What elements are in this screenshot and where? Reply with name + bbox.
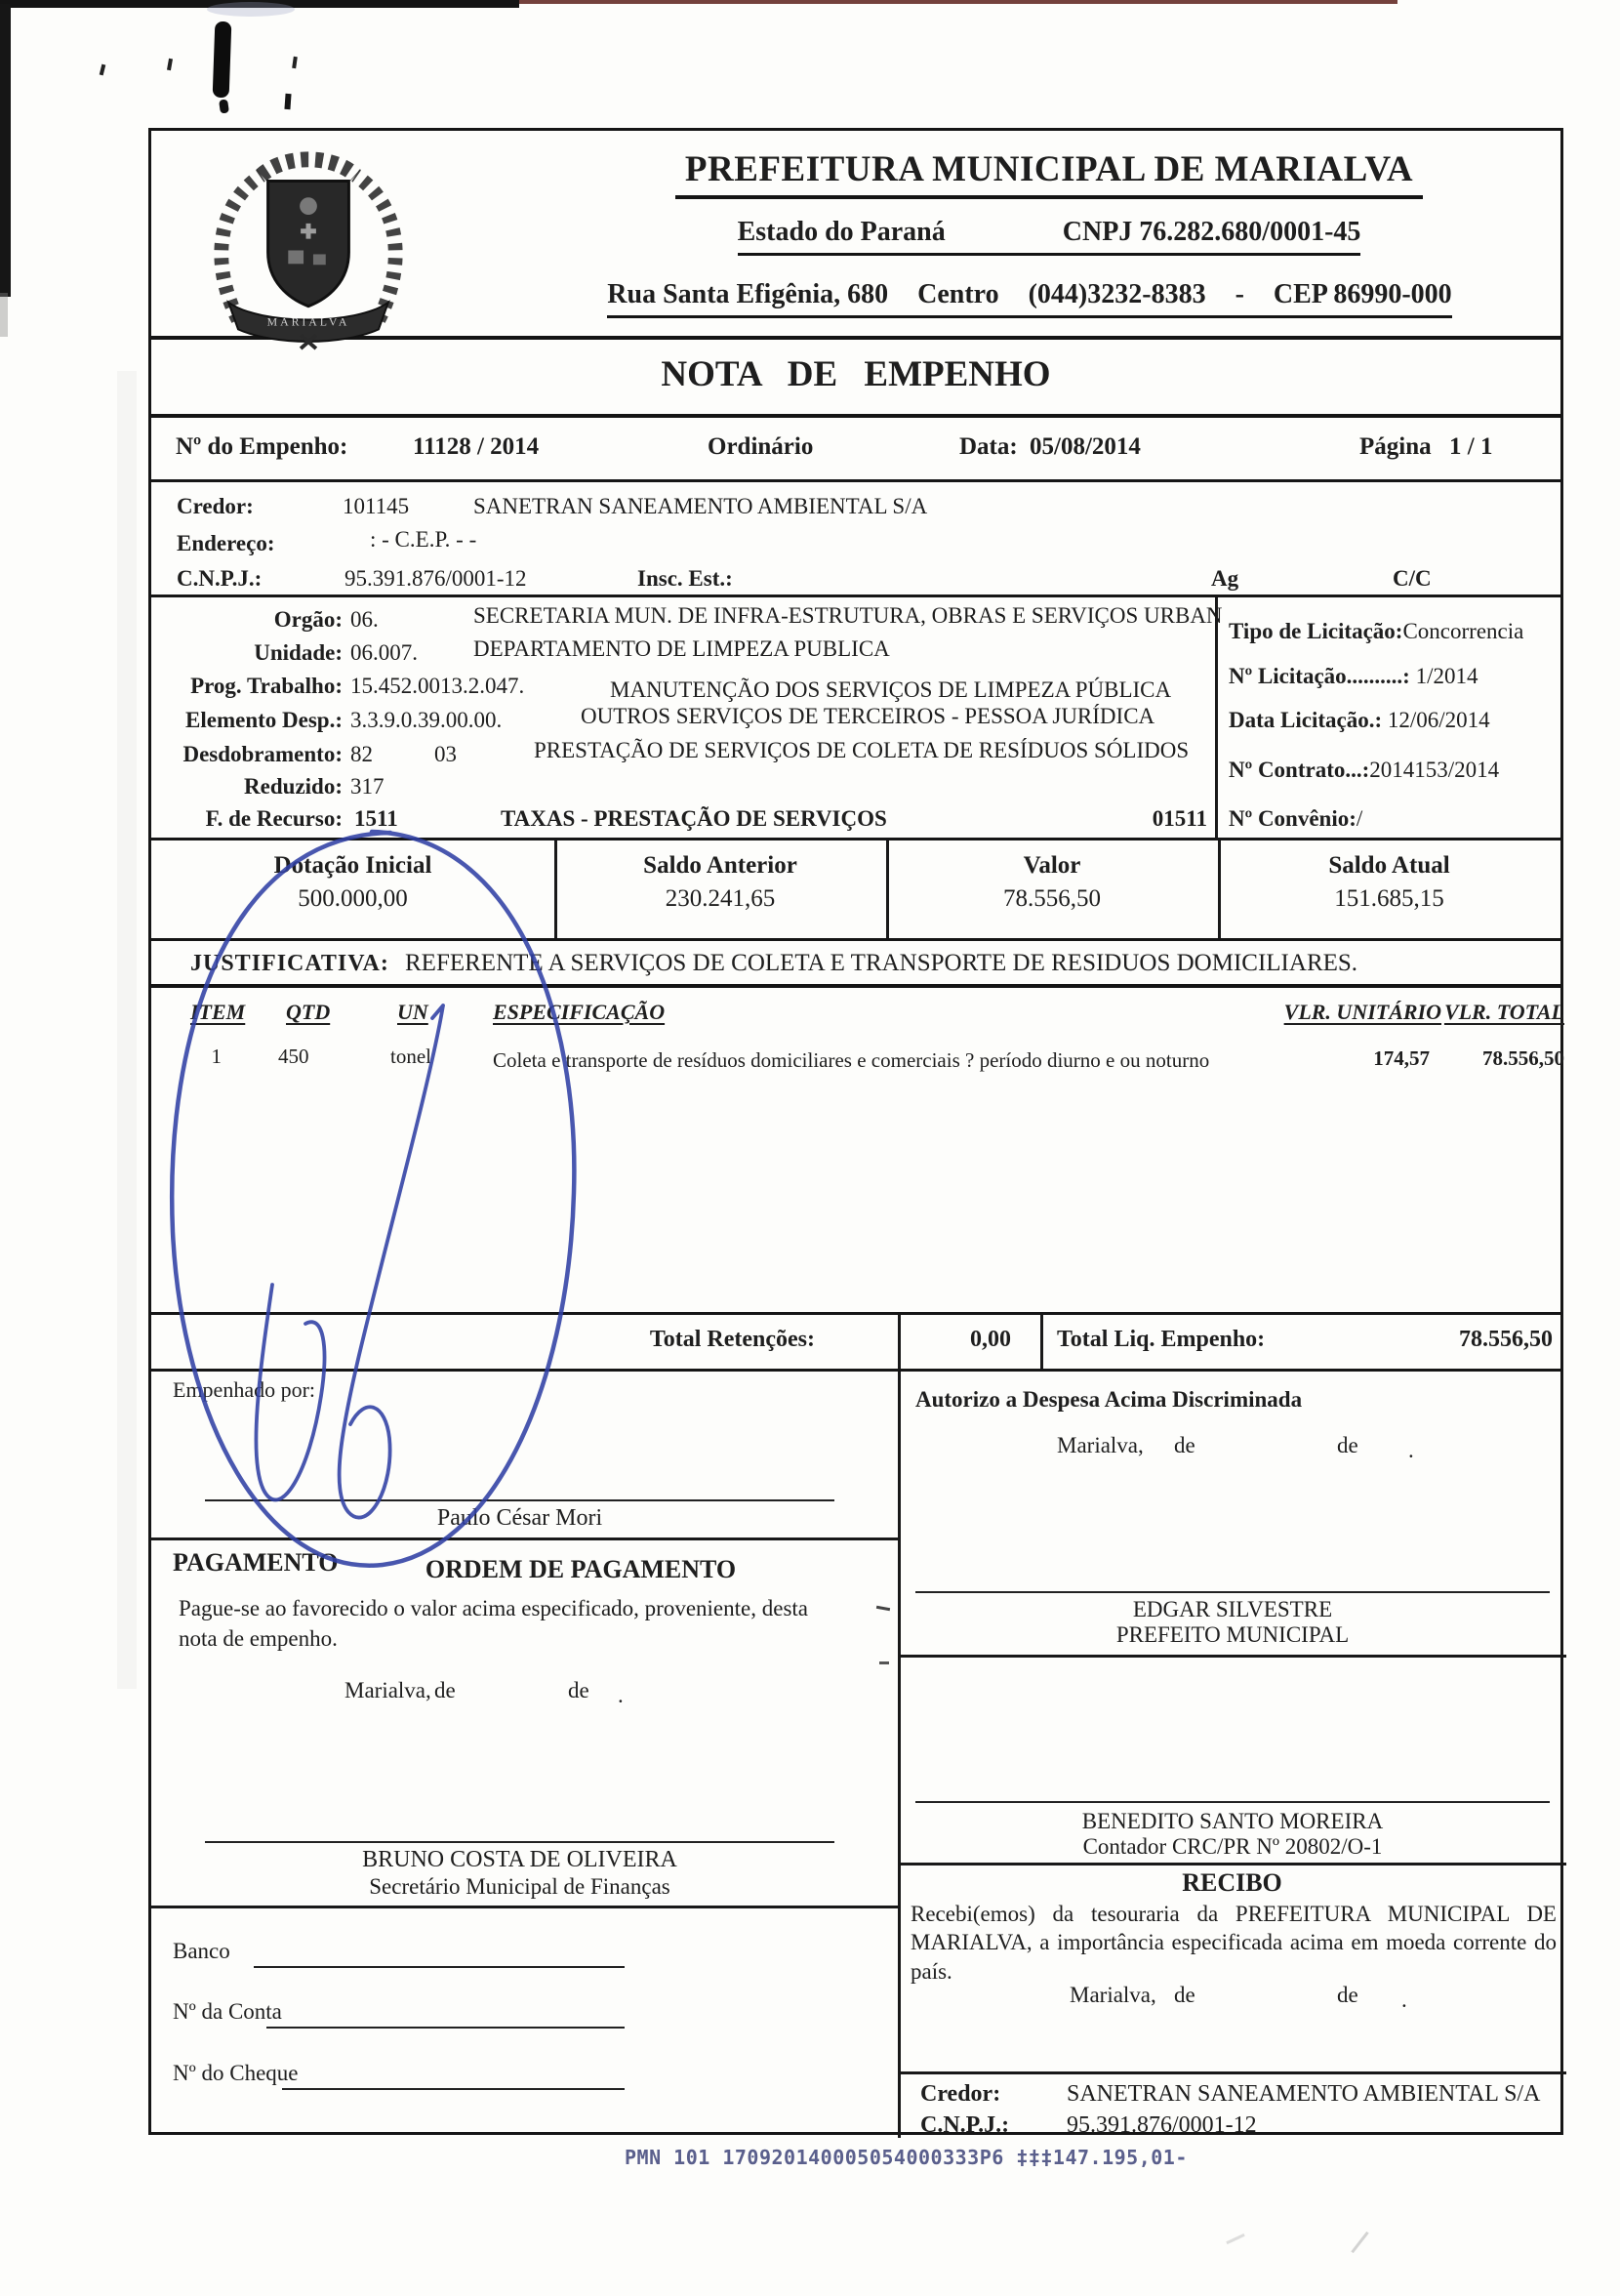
scan-edge-top-red [519,0,1397,4]
scan-edge-left-fade [0,293,8,337]
account-field-line [266,2027,625,2029]
items-header-spec: ESPECIFICAÇÃO [493,1000,665,1025]
contrato-label: Nº Contrato...: [1229,758,1369,782]
justification-row: JUSTIFICATIVA: REFERENTE A SERVIÇOS DE C… [151,941,1560,988]
saldo-anterior-value: 230.241,65 [554,885,886,913]
left-divider-1 [151,1537,898,1540]
elemento-desp-code: 3.3.9.0.39.00.00. [350,708,502,733]
cnpj-label: CNPJ 76.282.680/0001-45 [1063,217,1361,248]
signature-line-empenhado [205,1499,834,1501]
empenho-number-row: Nº do Empenho: 11128 / 2014 Ordinário Da… [151,418,1560,482]
items-header-total: VLR. TOTAL [1400,1000,1564,1025]
item-total-value: 78.556,50 [1400,1046,1564,1071]
speck-3 [292,57,298,68]
desdobramento-label: Desdobramento: [151,742,343,767]
empenho-number-value: 11128 / 2014 [413,433,539,461]
orgao-desc: SECRETARIA MUN. DE INFRA-ESTRUTURA, OBRA… [473,603,1223,629]
totals-row: Total Retenções: 0,00 Total Liq. Empenho… [151,1315,1560,1372]
dotacao-inicial-label: Dotação Inicial [151,852,554,880]
items-header-qtd: QTD [286,1000,330,1025]
creditor-address-value: : - C.E.P. - - [370,527,476,553]
licitacao-tipo-value: Concorrencia [1402,619,1523,643]
speck-1 [100,64,106,76]
bottom-column-divider [898,1372,901,2138]
orgao-code: 06. [350,607,379,633]
document-title: NOTA DE EMPENHO [661,353,1050,395]
items-table: ITEM QTD UN ESPECIFICAÇÃO VLR. UNITÁRIO … [151,988,1560,1315]
right-divider-2 [898,1863,1566,1865]
totals-divider-2 [1040,1315,1043,1369]
right-de2-2: de [1337,1983,1358,2008]
district-text: Centro [917,279,998,310]
signature-line-accountant [915,1801,1550,1803]
pencil-mark-1 [1351,2232,1368,2253]
justification-label: JUSTIFICATIVA: [190,951,389,977]
address-line: Rua Santa Efigênia, 680 Centro (044)3232… [454,279,1605,318]
nota-de-empenho-form: MARIALVA PREFEITURA MUNICIPAL DE MARIALV… [148,128,1563,2135]
state-label: Estado do Paraná [738,217,946,248]
elemento-desp-label: Elemento Desp.: [151,708,343,733]
right-city-1: Marialva, [1057,1433,1144,1458]
authorize-text: Autorizo a Despesa Acima Discriminada [915,1387,1302,1413]
licitacao-num-value: 1/2014 [1410,664,1478,688]
left-de1-text: de [434,1678,456,1703]
finance-secretary-name: BRUNO COSTA DE OLIVEIRA [205,1847,834,1873]
wreath-top [262,159,356,175]
pay-instruction-text: Pague-se ao favorecido o valor acima esp… [179,1593,811,1654]
right-de2-1: de [1337,1433,1358,1458]
municipality-title: PREFEITURA MUNICIPAL DE MARIALVA [675,148,1423,199]
check-label: Nº do Cheque [173,2061,299,2086]
fonte-recurso-desc: TAXAS - PRESTAÇÃO DE SERVIÇOS [501,806,887,832]
desdobramento-code2: 03 [434,742,457,767]
elemento-desp-desc: OUTROS SERVIÇOS DE TERCEIROS - PESSOA JU… [581,704,1154,729]
contrato-line: Nº Contrato...:2014153/2014 [1229,758,1499,783]
left-dot-text: . [618,1683,624,1708]
valor-label: Valor [886,852,1218,880]
right-dot-1: . [1408,1438,1414,1463]
ordem-pagamento-title: ORDEM DE PAGAMENTO [327,1555,834,1584]
fonte-recurso-code-right: 01511 [1117,806,1207,832]
orgao-label: Orgão: [151,607,343,633]
phone-text: (044)3232-8383 [1029,279,1206,310]
summary-cell-valor: Valor 78.556,50 [886,840,1218,913]
desdobramento-code: 82 [350,742,373,767]
right-de1-1: de [1174,1433,1195,1458]
licitacao-num-line: Nº Licitação..........: 1/2014 [1229,664,1478,689]
creditor-label: Credor: [177,494,254,519]
licitacao-data-value: 12/06/2014 [1382,708,1490,732]
insc-est-label: Insc. Est.: [637,566,733,592]
licitacao-data-line: Data Licitação.: 12/06/2014 [1229,708,1490,733]
municipality-title-line: PREFEITURA MUNICIPAL DE MARIALVA [542,148,1557,199]
wreath-left [222,176,262,320]
summary-cell-dotacao: Dotação Inicial 500.000,00 [151,840,554,913]
saldo-anterior-label: Saldo Anterior [554,852,886,880]
convenio-label: Nº Convênio: [1229,806,1357,831]
dotacao-inicial-value: 500.000,00 [151,885,554,913]
page-crease [117,371,137,1689]
receipt-cnpj-value: 95.391.876/0001-12 [1067,2112,1257,2139]
summary-cell-saldo-anterior: Saldo Anterior 230.241,65 [554,840,886,913]
prog-trabalho-label: Prog. Trabalho: [151,674,343,699]
shield-detail-tower2 [313,254,326,265]
dash-text: - [1235,279,1244,310]
right-divider-3 [898,2071,1566,2074]
empenhado-por-label: Empenhado por: [173,1377,315,1403]
scan-edge-left [0,4,11,297]
saldo-atual-value: 151.685,15 [1218,885,1560,913]
right-city-2: Marialva, [1070,1983,1156,2008]
left-city-text: Marialva, [344,1678,431,1703]
left-divider-2 [151,1906,898,1908]
signer-name: Paulo César Mori [205,1505,834,1532]
empenho-modality: Ordinário [708,433,813,461]
right-de1-2: de [1174,1983,1195,2008]
receipt-title: RECIBO [898,1868,1566,1898]
creditor-block: Credor: 101145 SANETRAN SANEAMENTO AMBIE… [151,482,1560,597]
wreath-right [355,176,395,320]
check-field-line [282,2088,625,2090]
bank-label: Banco [173,1939,230,1964]
reduzido-label: Reduzido: [151,774,343,799]
signature-line-mayor [915,1591,1550,1593]
page-value: 1 / 1 [1449,433,1492,461]
date-label: Data: [959,433,1018,461]
receipt-creditor-label: Credor: [920,2081,1000,2108]
item-qtd: 450 [278,1045,309,1069]
accountant-name: BENEDITO SANTO MOREIRA [915,1809,1550,1834]
convenio-line: Nº Convênio:/ [1229,806,1362,832]
right-divider-1 [898,1655,1566,1658]
fonte-recurso-label: F. de Recurso: [151,806,343,832]
fonte-recurso-code: 1511 [354,806,398,832]
accountant-role: Contador CRC/PR Nº 20802/O-1 [915,1834,1550,1860]
item-spec: Coleta e transporte de resíduos domicili… [493,1045,1274,1077]
desdobramento-desc: PRESTAÇÃO DE SERVIÇOS DE COLETA DE RESÍD… [534,738,1189,763]
emblem-banner-text: MARIALVA [267,314,350,328]
creditor-address-label: Endereço: [177,531,275,556]
creditor-code: 101145 [343,494,409,519]
liquido-label: Total Liq. Empenho: [1057,1327,1265,1353]
licitacao-num-label: Nº Licitação..........: [1229,664,1410,688]
cep-text: CEP 86990-000 [1274,279,1452,310]
licitacao-box-border [1215,597,1218,840]
creditor-name: SANETRAN SANEAMENTO AMBIENTAL S/A [473,494,927,519]
liquido-value: 78.556,50 [1371,1327,1553,1353]
licitacao-tipo-line: Tipo de Licitação:Concorrencia [1229,619,1523,644]
licitacao-tipo-label: Tipo de Licitação: [1229,619,1402,643]
items-header-un: UN [397,1000,428,1025]
machine-stamp-text: PMN 101 170920140005054000333P6 ‡‡‡147.1… [625,2146,1188,2169]
unidade-label: Unidade: [151,640,343,666]
finance-secretary-role: Secretário Municipal de Finanças [205,1874,834,1900]
bank-field-line [254,1966,625,1968]
coat-of-arms: MARIALVA [186,146,430,353]
cc-label: C/C [1393,566,1432,592]
summary-cell-saldo-atual: Saldo Atual 151.685,15 [1218,840,1560,913]
prog-trabalho-desc: MANUTENÇÃO DOS SERVIÇOS DE LIMPEZA PÚBLI… [610,677,1171,703]
page-label: Página [1359,433,1432,461]
creditor-cnpj-value: 95.391.876/0001-12 [344,566,527,592]
account-label: Nº da Conta [173,1999,282,2025]
pagamento-label: PAGAMENTO [173,1548,338,1578]
state-cnpj-line: Estado do Paraná CNPJ 76.282.680/0001-45 [542,217,1557,256]
form-header: MARIALVA PREFEITURA MUNICIPAL DE MARIALV… [151,131,1560,340]
creditor-cnpj-label: C.N.P.J.: [177,566,262,592]
receipt-text: Recebi(emos) da tesouraria da PREFEITURA… [911,1900,1557,1986]
reduzido-code: 317 [350,774,385,799]
items-header-item: ITEM [190,1000,245,1025]
date-value: 05/08/2014 [1030,433,1141,461]
mayor-role: PREFEITO MUNICIPAL [915,1622,1550,1648]
street-text: Rua Santa Efigênia, 680 [607,279,888,310]
receipt-cnpj-label: C.N.P.J.: [920,2112,1009,2139]
empenho-number-label: Nº do Empenho: [176,433,347,461]
speck-4 [284,94,291,109]
budget-block: Orgão: 06. SECRETARIA MUN. DE INFRA-ESTR… [151,597,1560,840]
ag-label: Ag [1211,566,1238,592]
ink-blob [213,21,232,99]
left-de2-text: de [568,1678,589,1703]
licitacao-data-label: Data Licitação.: [1229,708,1382,732]
contrato-value: 2014153/2014 [1369,758,1499,782]
valor-value: 78.556,50 [886,885,1218,913]
mayor-name: EDGAR SILVESTRE [915,1597,1550,1622]
right-dot-2: . [1401,1988,1407,2013]
convenio-value: / [1357,806,1362,831]
scanned-document-page: MARIALVA PREFEITURA MUNICIPAL DE MARIALV… [0,0,1620,2296]
summary-row: Dotação Inicial 500.000,00 Saldo Anterio… [151,840,1560,941]
ink-blob-small [219,99,229,113]
unidade-desc: DEPARTAMENTO DE LIMPEZA PUBLICA [473,636,890,662]
signature-line-finance [205,1841,834,1843]
retencoes-label: Total Retenções: [151,1327,815,1353]
item-number: 1 [190,1045,222,1069]
shield-detail-tower1 [288,250,304,264]
pencil-mark-2 [1226,2234,1244,2244]
justification-text: REFERENTE A SERVIÇOS DE COLETA E TRANSPO… [405,950,1357,977]
shield-detail-crest [300,197,317,215]
item-un: tonel [390,1045,431,1069]
prog-trabalho-code: 15.452.0013.2.047. [350,674,524,699]
retencoes-value: 0,00 [898,1327,1011,1353]
speck-2 [167,59,173,71]
receipt-creditor-name: SANETRAN SANEAMENTO AMBIENTAL S/A [1067,2081,1540,2108]
ink-smudge [207,2,295,17]
unidade-code: 06.007. [350,640,418,666]
saldo-atual-label: Saldo Atual [1218,852,1560,880]
